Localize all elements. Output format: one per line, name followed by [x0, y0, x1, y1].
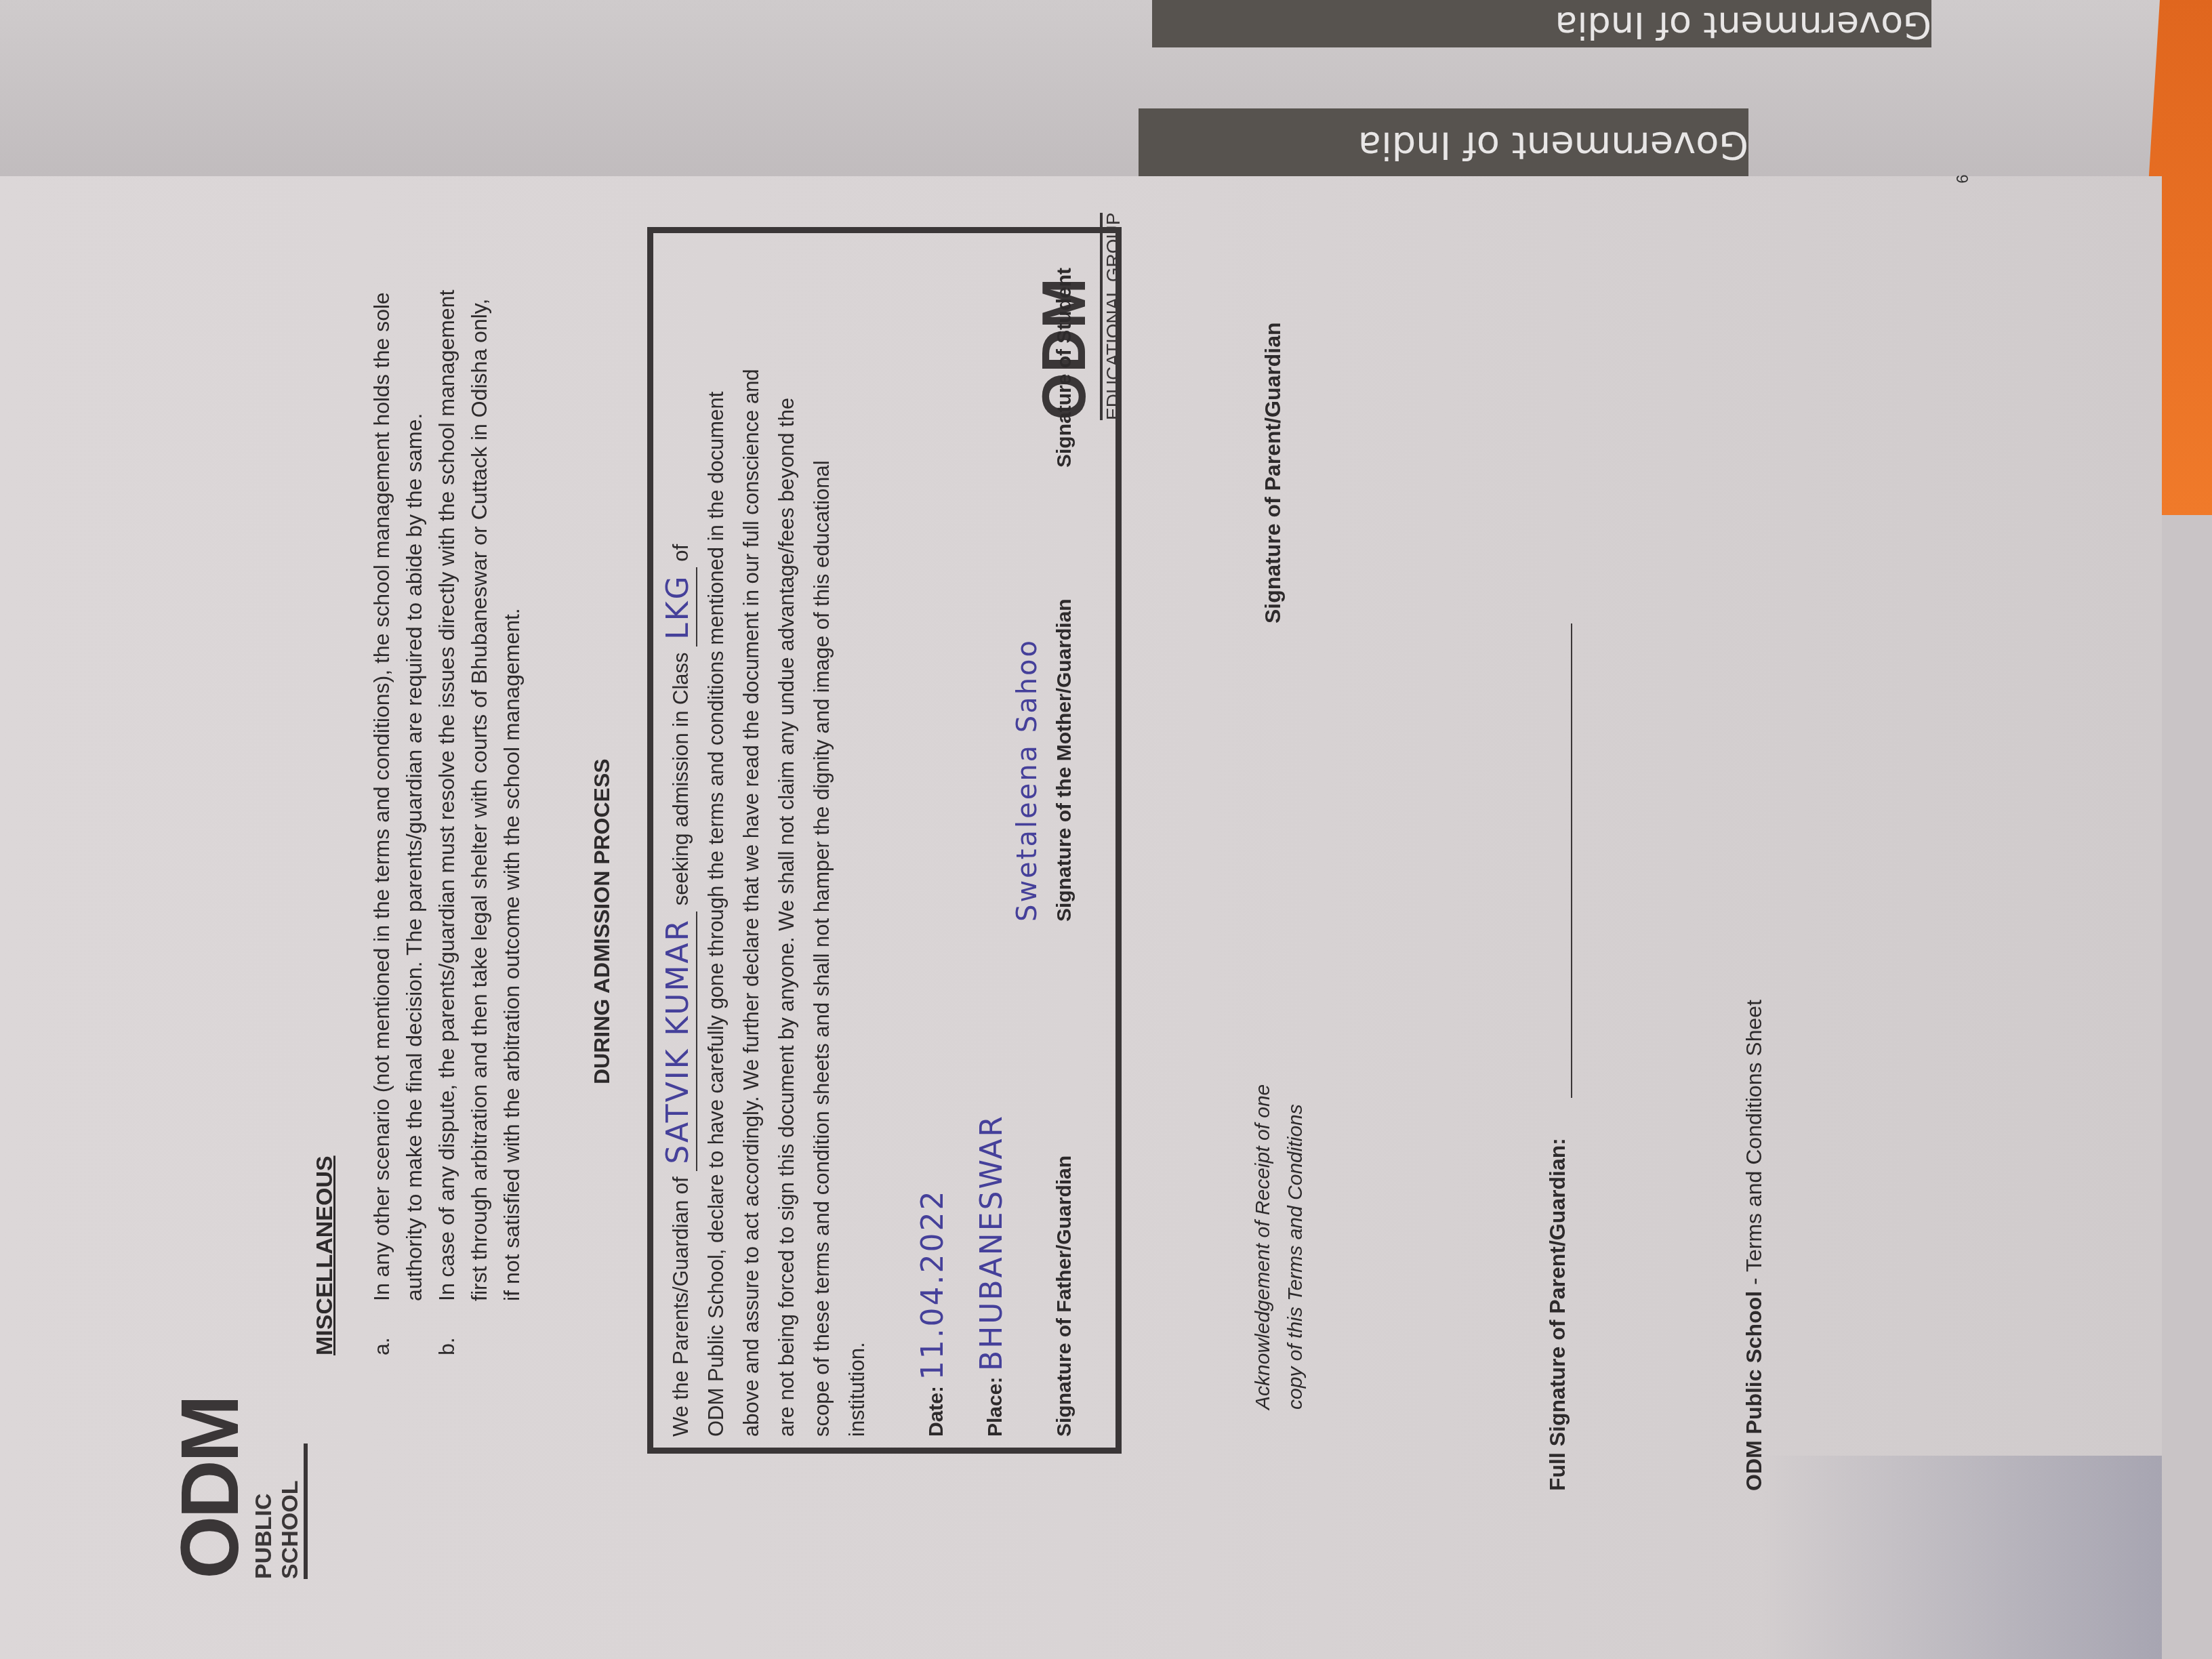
sig-mother-field[interactable]: Swetaleena Sahoo [1010, 638, 1045, 922]
date-row: Date: 11.04.2022 [916, 369, 954, 1437]
date-field[interactable]: 11.04.2022 [916, 1189, 950, 1380]
declaration-line-1: We the Parents/Guardian of SATVIK KUMAR … [661, 369, 699, 1437]
ack-signature-label: Signature of Parent/Guardian [1261, 322, 1286, 623]
card-band-mid: Government of India [1139, 108, 1748, 183]
footer: ODM Public School - Terms and Conditions… [1742, 1000, 1767, 1491]
misc-heading: MISCELLANEOUS [312, 290, 338, 1355]
page-number: 6 [1954, 174, 1973, 183]
acknowledgement: Acknowledgement of Receipt of one copy o… [1247, 1084, 1312, 1410]
full-signature-row: Full Signature of Parent/Guardian: [1545, 1138, 1570, 1491]
sig-student-label: Signature of Student [1047, 268, 1082, 468]
sig-father-label: Signature of Father/Guardian [1047, 1155, 1082, 1437]
misc-item-b: b.In case of any dispute, the parents/gu… [430, 290, 528, 1355]
full-signature-line[interactable] [1571, 623, 1572, 1098]
misc-item-a: a.In any other scenario (not mentioned i… [365, 290, 430, 1355]
place-field[interactable]: BHUBANESWAR [975, 1114, 1009, 1371]
card-band-top: Government of India [1152, 0, 1931, 47]
miscellaneous-section: MISCELLANEOUS a.In any other scenario (n… [312, 290, 528, 1355]
place-row: Place: BHUBANESWAR [975, 369, 1013, 1437]
student-name-field[interactable]: SATVIK KUMAR [661, 912, 697, 1171]
misc-list: a.In any other scenario (not mentioned i… [365, 290, 528, 1355]
class-field[interactable]: LKG [661, 567, 697, 646]
declaration-title: DURING ADMISSION PROCESS [590, 758, 615, 1084]
declaration-body: We the Parents/Guardian of SATVIK KUMAR … [661, 369, 1088, 1437]
signature-row: Signature of Father/Guardian Swetaleena … [1047, 369, 1088, 1437]
school-logo: ODM PUBLIC SCHOOL [169, 1443, 308, 1579]
sig-mother-label: Signature of the Mother/Guardian [1047, 598, 1082, 922]
